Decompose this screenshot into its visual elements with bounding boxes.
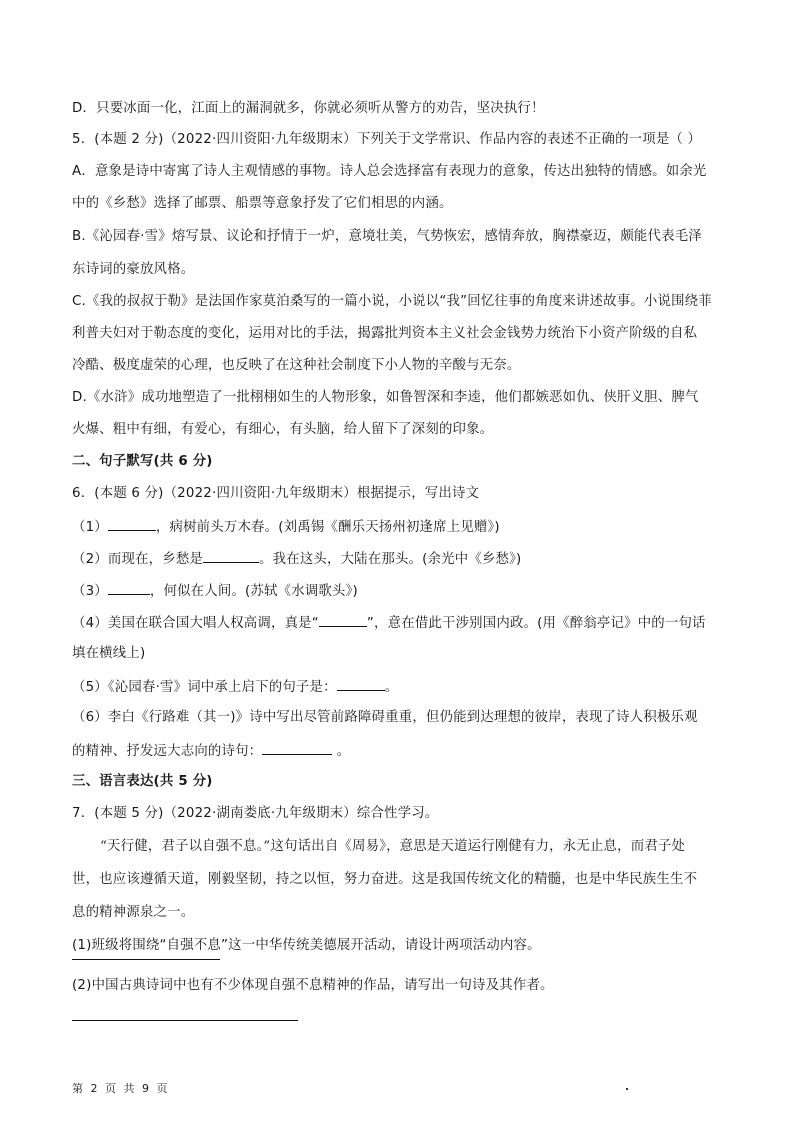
- q5-option-c-line1: C.《我的叔叔于勒》是法国作家莫泊桑写的一篇小说，小说以“我”回忆往事的角度来讲…: [72, 293, 732, 311]
- q6-item-3: （3），何似在人间。(苏轼《水调歌头》): [72, 581, 732, 601]
- q6-item-4-cont: 填在横线上): [72, 645, 732, 663]
- q6-item-1: （1），病树前头万木春。(刘禹锡《酬乐天扬州初逢席上见赠》): [72, 517, 732, 537]
- answer-blank[interactable]: [262, 741, 332, 755]
- q6-item-6-suffix: 。: [332, 744, 350, 759]
- q5-option-a-line1: A．意象是诗中寄寓了诗人主观情感的事物。诗人总会选择富有表现力的意象，传达出独特…: [72, 163, 732, 181]
- q6-item-6: （6）李白《行路难（其一)》诗中写出尽管前路障碍重重，但仍能到达理想的彼岸，表现…: [72, 709, 732, 727]
- q6-item-3-suffix: ，何似在人间。(苏轼《水调歌头》): [150, 584, 358, 599]
- q5-option-d-line1: D.《水浒》成功地塑造了一批栩栩如生的人物形象，如鲁智深和李逵，他们都嫉恶如仇、…: [72, 389, 732, 407]
- answer-blank[interactable]: [108, 581, 150, 595]
- q6-item-6-prefix: 的精神、抒发远大志向的诗句：: [72, 744, 262, 759]
- q6-item-4: （4）美国在联合国大唱人权高调，真是“”，意在借此干涉别国内政。(用《醉翁亭记》…: [72, 613, 732, 633]
- q6-item-5-suffix: 。: [385, 680, 399, 695]
- q6-item-4-prefix: （4）美国在联合国大唱人权高调，真是“: [72, 616, 319, 631]
- q5-option-d-line2: 火爆、粗中有细，有爱心，有细心，有头脑，给人留下了深刻的印象。: [72, 421, 732, 439]
- q7-passage-line3: 息的精神源泉之一。: [72, 904, 732, 922]
- q7-stem: 7．(本题 5 分)（2022·湖南娄底·九年级期末）综合性学习。: [72, 805, 732, 823]
- q5-option-a-line2: 中的《乡愁》选择了邮票、船票等意象抒发了它们相思的内涵。: [72, 195, 732, 213]
- q6-item-5-prefix: （5）《沁园春·雪》词中承上启下的句子是：: [72, 680, 337, 695]
- q7-sub1: (1)班级将围绕“自强不息”这一中华传统美德展开活动，请设计两项活动内容。: [72, 937, 732, 955]
- section-2-title: 二、句子默写(共 6 分): [72, 453, 732, 471]
- section-3-title: 三、语言表达(共 5 分): [72, 773, 732, 791]
- q6-item-2: （2）而现在，乡愁是。我在这头，大陆在那头。(余光中《乡愁》): [72, 549, 732, 569]
- q6-item-2-suffix: 。我在这头，大陆在那头。(余光中《乡愁》): [259, 552, 521, 567]
- answer-blank[interactable]: [319, 613, 367, 627]
- q6-stem: 6．(本题 6 分)（2022·四川资阳·九年级期末）根据提示，写出诗文: [72, 485, 732, 503]
- answer-blank[interactable]: [108, 517, 156, 531]
- answer-blank[interactable]: [337, 677, 385, 691]
- q7-passage-line2: 世，也应该遵循天道，刚毅坚韧，持之以恒，努力奋进。这是我国传统文化的精髓，也是中…: [72, 871, 732, 889]
- q6-item-2-prefix: （2）而现在，乡愁是: [72, 552, 203, 567]
- q6-item-1-suffix: ，病树前头万木春。(刘禹锡《酬乐天扬州初逢席上见赠》): [156, 520, 500, 535]
- q5-option-c-line2: 利普夫妇对于勒态度的变化，运用对比的手法，揭露批判资本主义社会金钱势力统治下小资…: [72, 325, 732, 343]
- q5-option-b-line1: B.《沁园春·雪》熔写景、议论和抒情于一炉，意境壮美，气势恢宏，感情奔放，胸襟豪…: [72, 228, 732, 246]
- q5-stem: 5．(本题 2 分)（2022·四川资阳·九年级期末）下列关于文学常识、作品内容…: [72, 131, 732, 149]
- q5-option-c-line3: 冷酷、极度虚荣的心理，也反映了在这种社会制度下小人物的辛酸与无奈。: [72, 357, 732, 375]
- q6-item-3-prefix: （3）: [72, 584, 108, 599]
- q6-item-5: （5）《沁园春·雪》词中承上启下的句子是：。: [72, 677, 732, 697]
- q6-item-6-cont: 的精神、抒发远大志向的诗句： 。: [72, 741, 732, 761]
- q4-option-d: D．只要冰面一化，江面上的漏洞就多，你就必须听从警方的劝告，坚决执行！: [72, 100, 732, 118]
- q7-passage-line1: “天行健，君子以自强不息。”这句话出自《周易》，意思是天道运行刚健有力，永无止息…: [72, 838, 732, 856]
- footer-dot: [626, 1088, 628, 1090]
- exam-page: D．只要冰面一化，江面上的漏洞就多，你就必须听从警方的劝告，坚决执行！ 5．(本…: [0, 0, 793, 1122]
- q6-item-1-prefix: （1）: [72, 520, 108, 535]
- answer-blank[interactable]: [203, 549, 259, 563]
- answer-line-2[interactable]: [72, 1020, 298, 1021]
- page-number: 第 2 页 共 9 页: [72, 1080, 169, 1096]
- q6-item-4-suffix: ”，意在借此干涉别国内政。(用《醉翁亭记》中的一句话: [367, 616, 706, 631]
- q5-option-b-line2: 东诗词的豪放风格。: [72, 261, 732, 279]
- q7-sub2: (2)中国古典诗词中也有不少体现自强不息精神的作品，请写出一句诗及其作者。: [72, 977, 732, 995]
- answer-line-1[interactable]: [72, 959, 220, 960]
